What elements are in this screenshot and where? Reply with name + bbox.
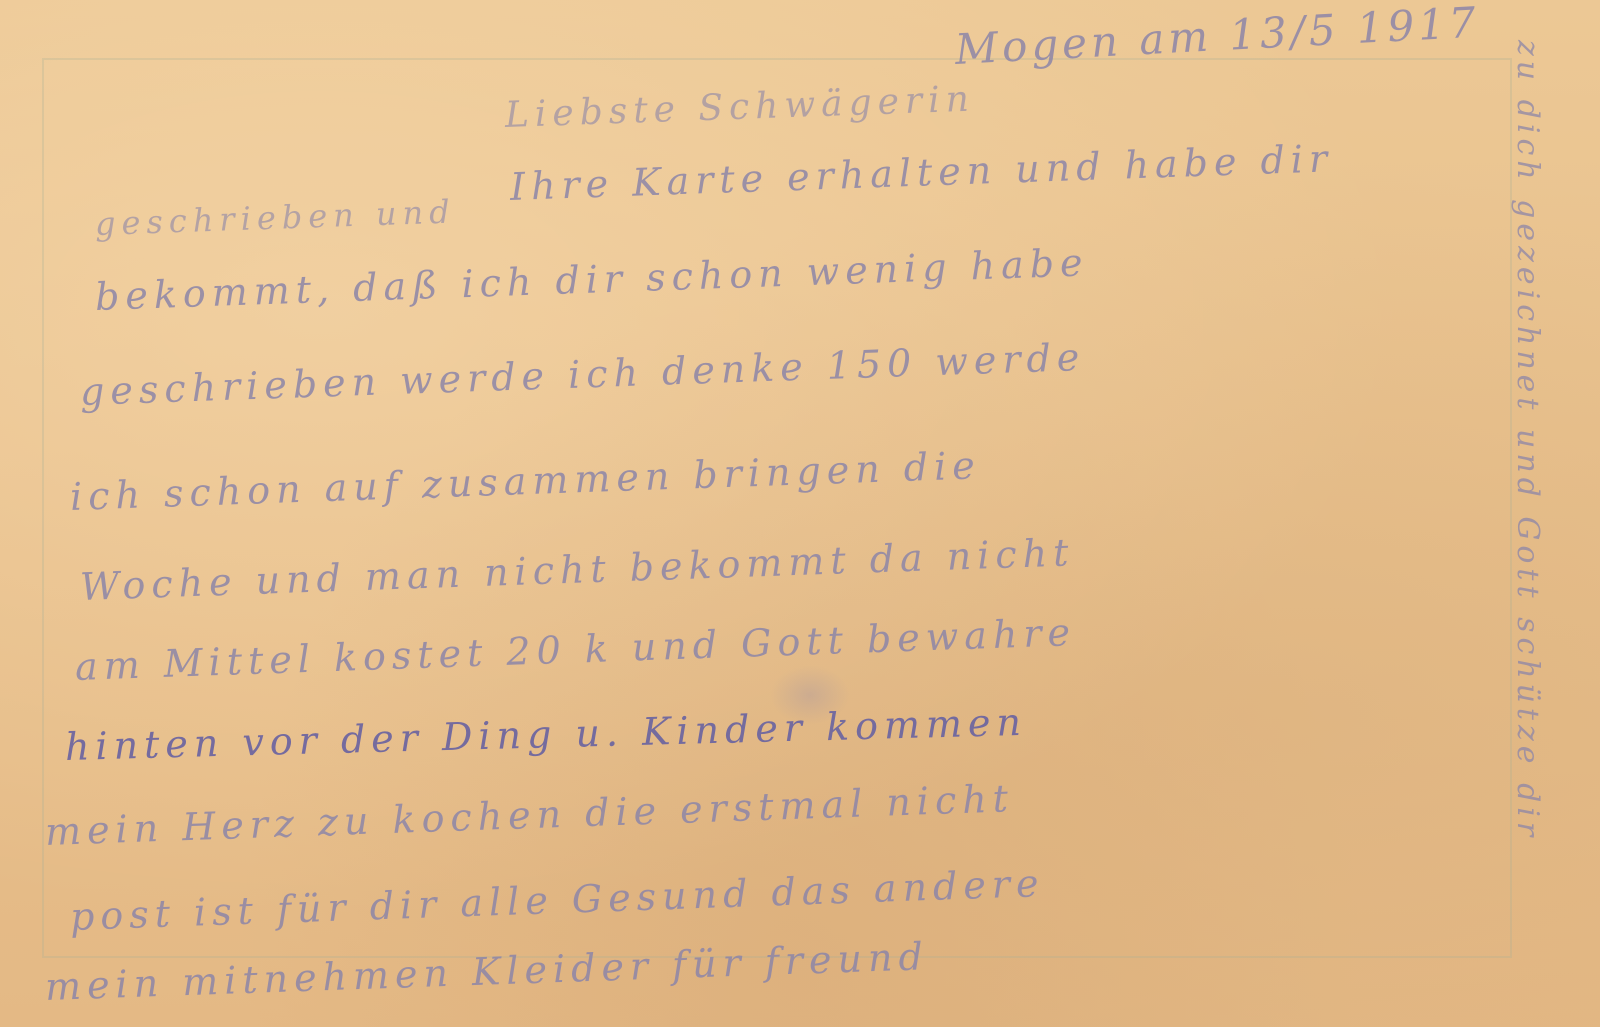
margin-vertical-text: zu dich gezeichnet und Gott schütze dir	[1510, 40, 1545, 841]
postcard: Mogen am 13/5 1917 Liebste Schwägerin Ih…	[0, 0, 1600, 1027]
